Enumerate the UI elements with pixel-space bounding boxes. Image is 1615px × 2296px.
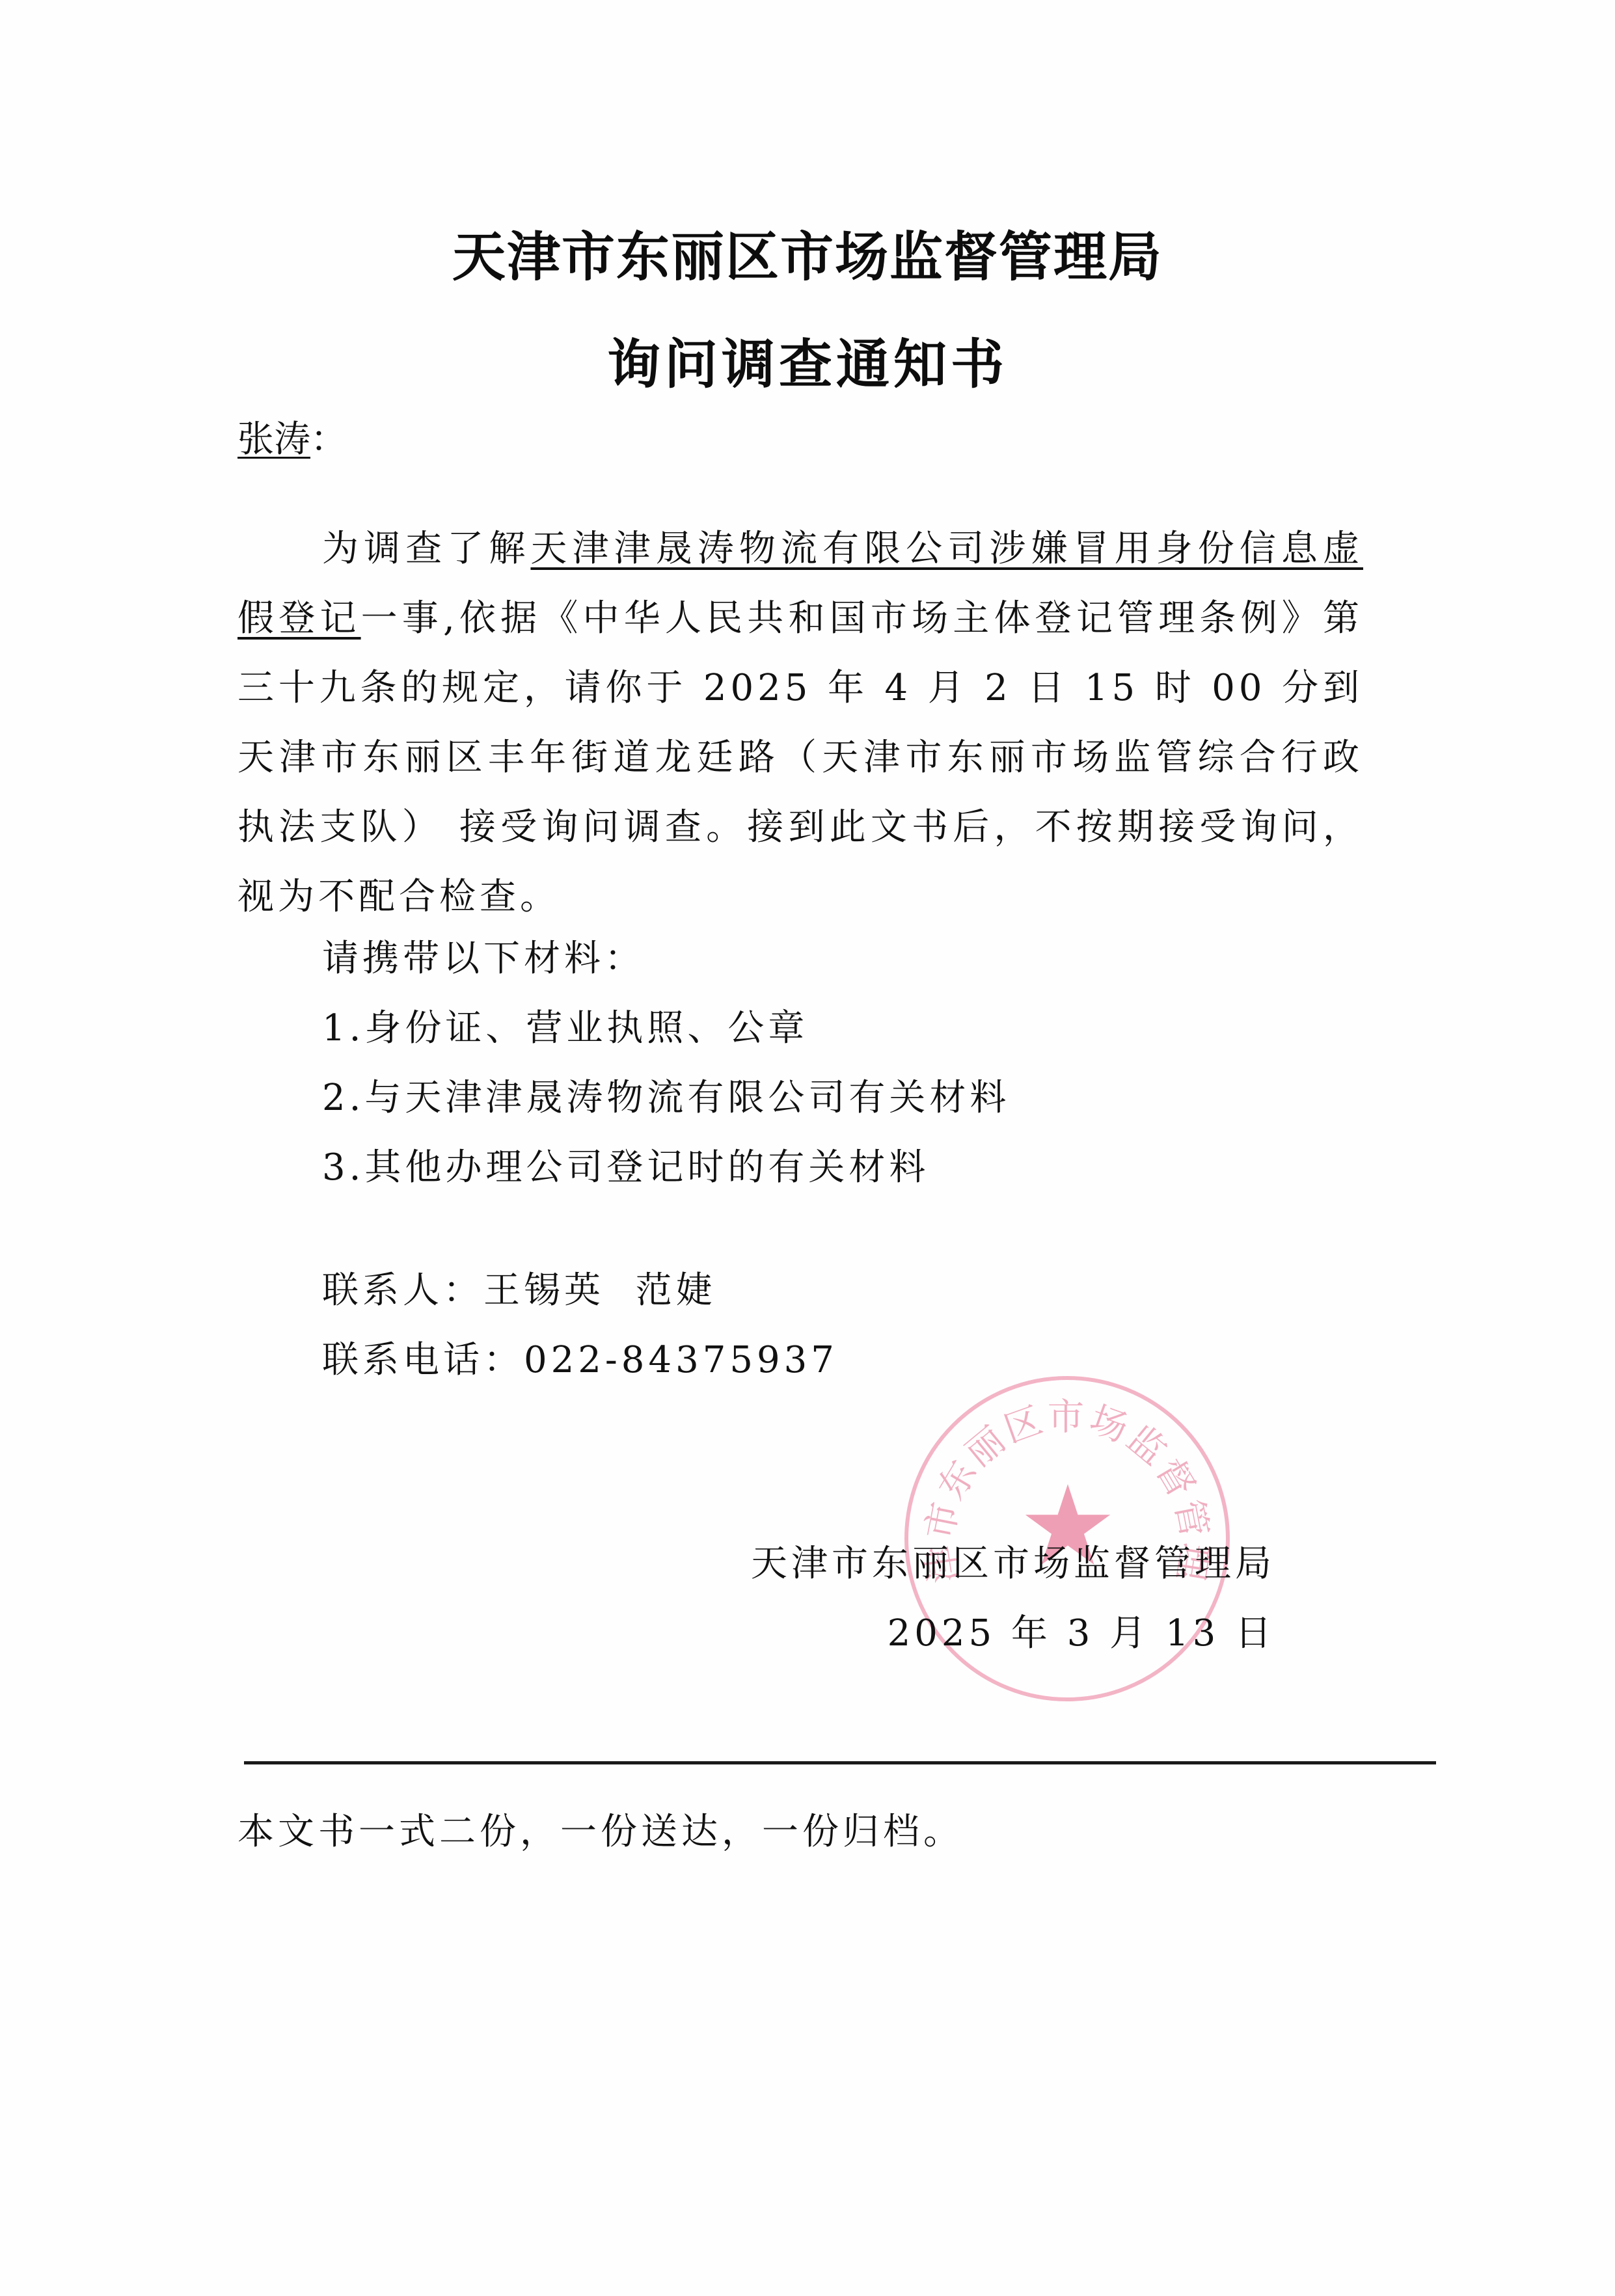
addressee: 张涛： bbox=[238, 416, 347, 463]
materials-item: 2.与天津津晟涛物流有限公司有关材料 bbox=[322, 1063, 1010, 1133]
materials-item: 3.其他办理公司登记时的有关材料 bbox=[322, 1133, 1010, 1202]
contact-persons: 王锡英 范婕 bbox=[483, 1269, 716, 1312]
notice-body: 为调查了解天津津晟涛物流有限公司涉嫌冒用身份信息虚假登记一事,依据《中华人民共和… bbox=[238, 514, 1363, 932]
contact-persons-line: 联系人：王锡英 范婕 bbox=[322, 1256, 838, 1325]
contact-phone-label: 联系电话： bbox=[322, 1339, 524, 1381]
materials-heading: 请携带以下材料： bbox=[322, 924, 1010, 993]
addressee-name: 张涛 bbox=[238, 418, 310, 461]
issuer-title: 天津市东丽区市场监督管理局 bbox=[0, 215, 1615, 291]
contact-phone: 022-84375937 bbox=[524, 1339, 838, 1381]
addressee-colon: ： bbox=[310, 418, 347, 461]
contact-phone-line: 联系电话：022-84375937 bbox=[322, 1325, 838, 1395]
signature-block: 天津市东丽区市场监督管理局 2025 年 3 月 13 日 bbox=[751, 1529, 1275, 1668]
document-type-title: 询问调查通知书 bbox=[0, 322, 1615, 398]
materials-item: 1.身份证、营业执照、公章 bbox=[322, 993, 1010, 1063]
body-prefix: 为调查了解 bbox=[322, 528, 530, 570]
signing-date: 2025 年 3 月 13 日 bbox=[751, 1599, 1275, 1668]
document-page: 天津市东丽区市场监督管理局 询问调查通知书 张涛： 为调查了解天津津晟涛物流有限… bbox=[0, 0, 1615, 2296]
footer-divider bbox=[244, 1761, 1436, 1764]
contacts-section: 联系人：王锡英 范婕 联系电话：022-84375937 bbox=[322, 1256, 838, 1395]
materials-section: 请携带以下材料： 1.身份证、营业执照、公章 2.与天津津晟涛物流有限公司有关材… bbox=[322, 924, 1010, 1202]
signing-organization: 天津市东丽区市场监督管理局 bbox=[751, 1529, 1275, 1599]
footer-note: 本文书一式二份，一份送达，一份归档。 bbox=[238, 1809, 964, 1856]
contact-persons-label: 联系人： bbox=[322, 1269, 483, 1312]
body-main-text: 一事,依据《中华人民共和国市场主体登记管理条例》第三十九条的规定，请你于 202… bbox=[238, 597, 1363, 918]
